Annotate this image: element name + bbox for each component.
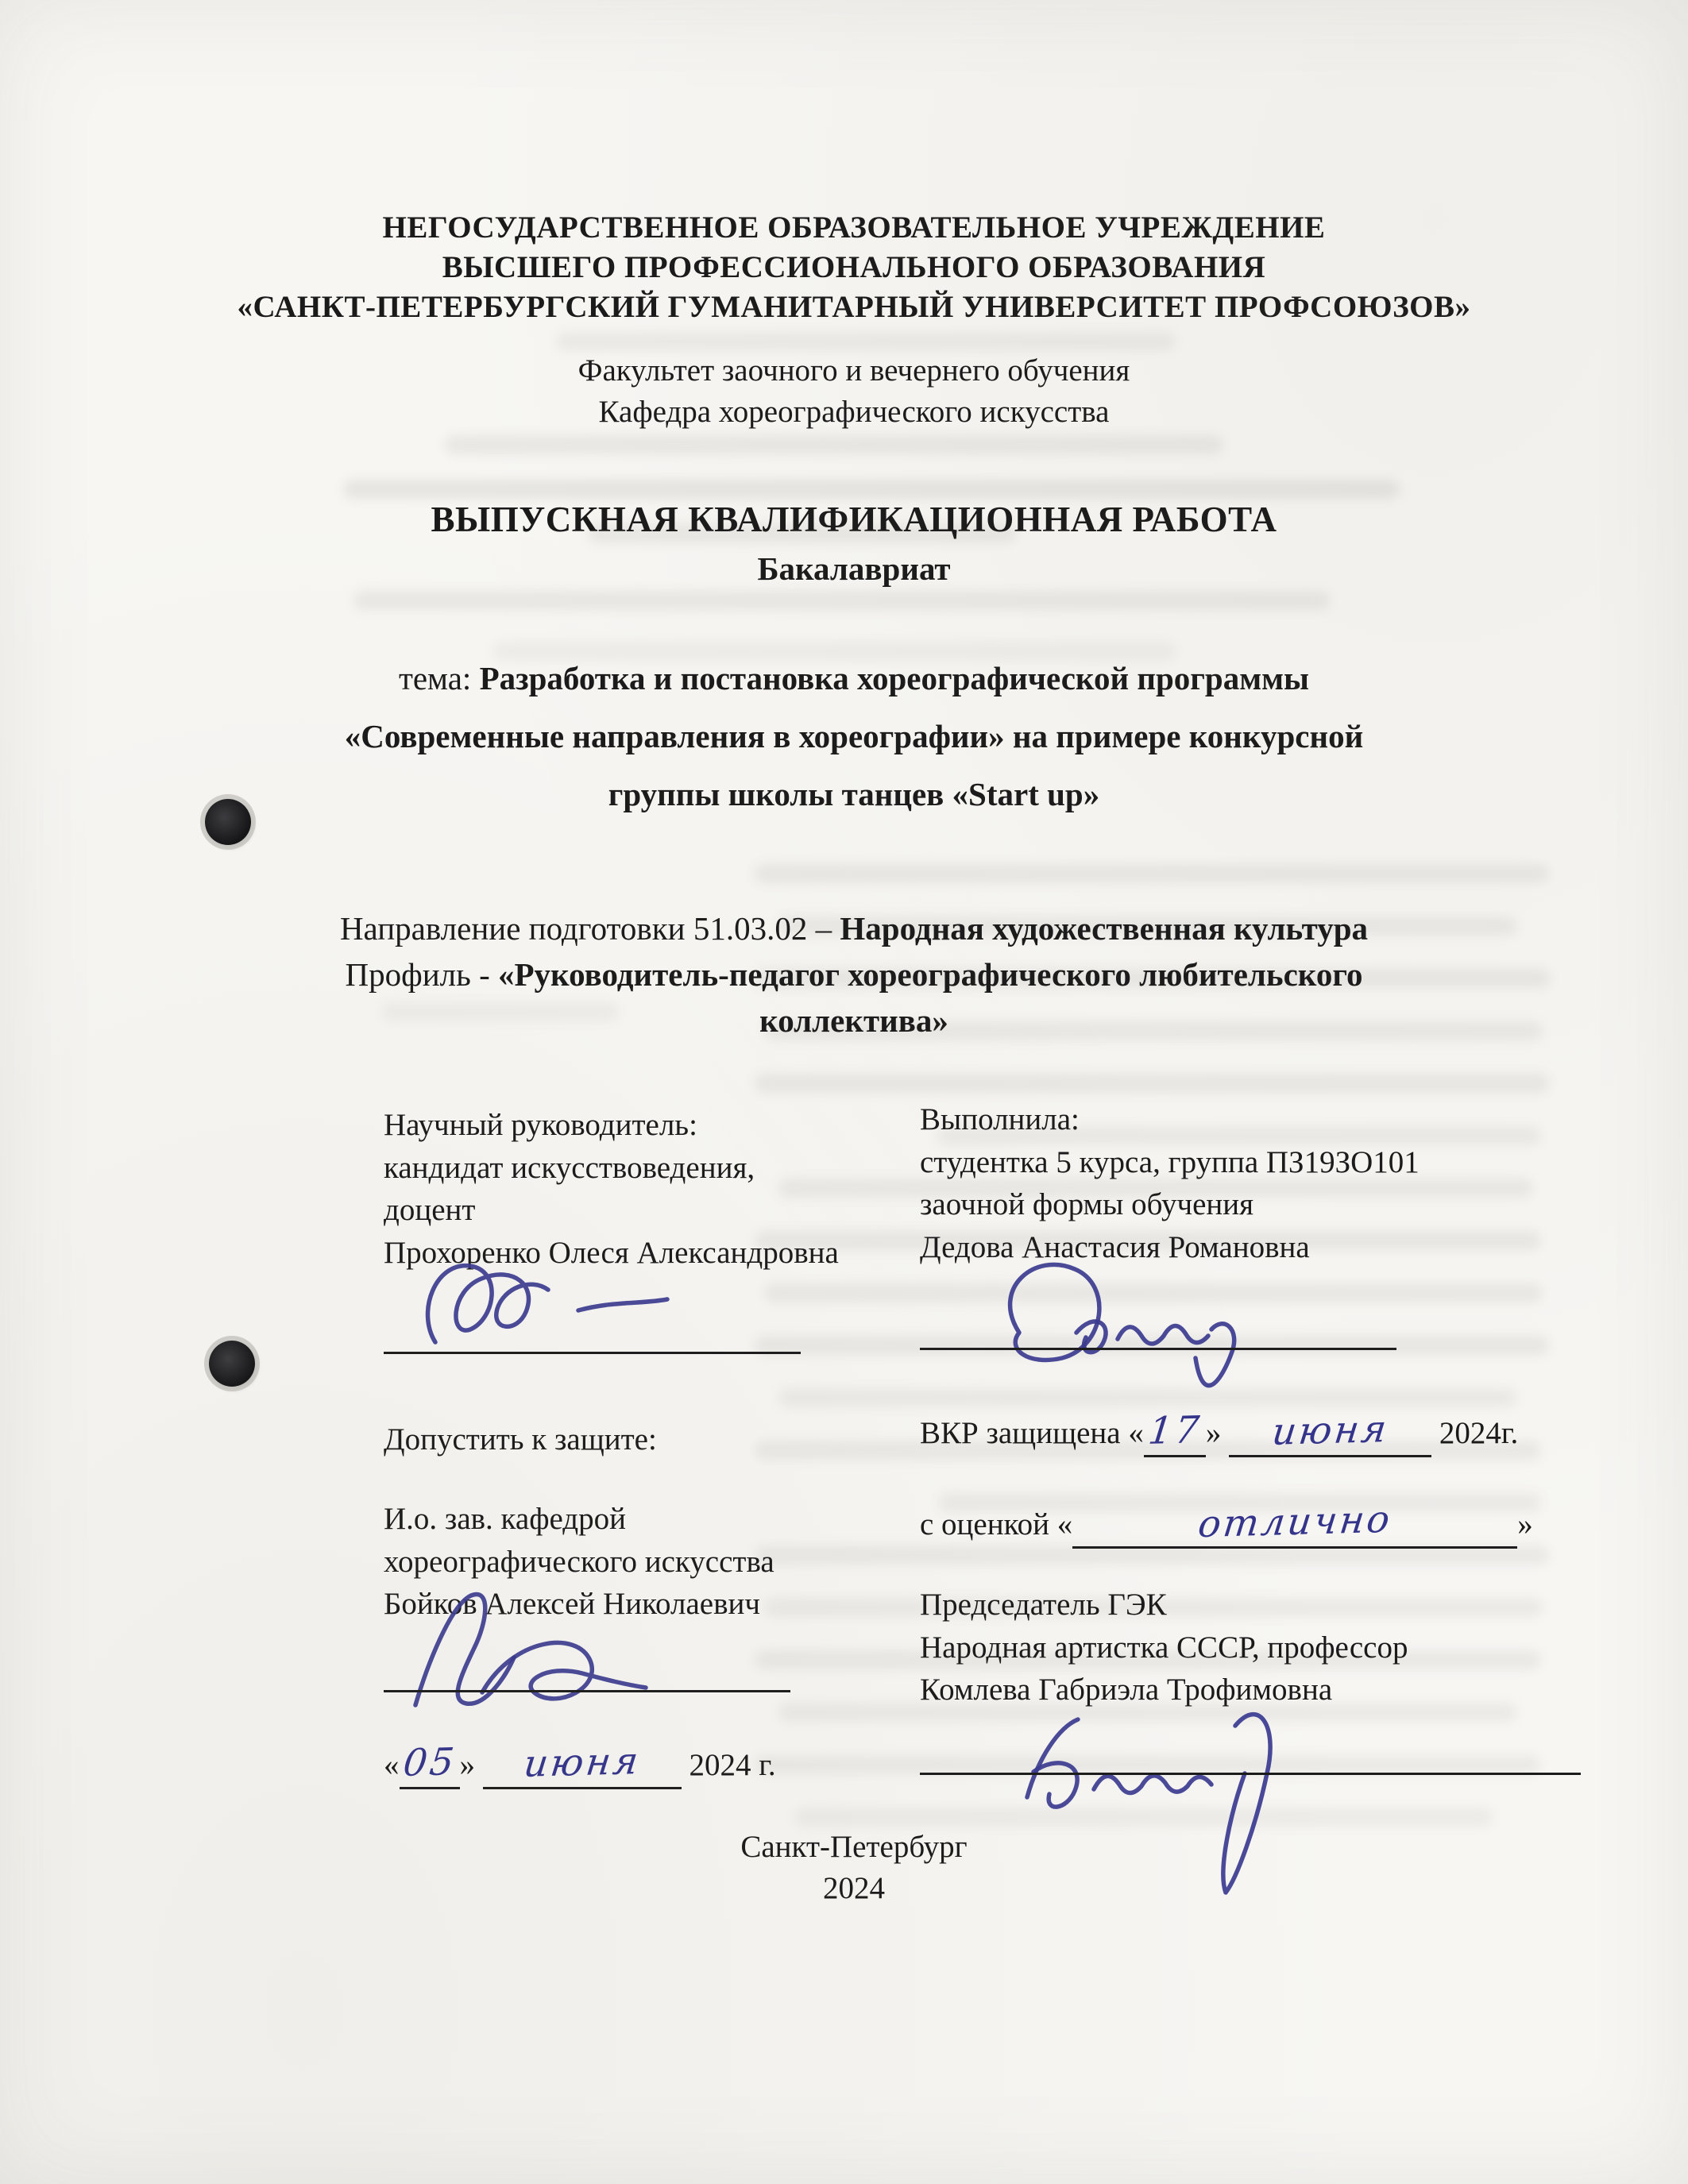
supervisor-heading: Научный руководитель: [384,1104,839,1147]
admission-year: 2024 г. [689,1748,776,1782]
university-header: НЕГОСУДАРСТВЕННОЕ ОБРАЗОВАТЕЛЬНОЕ УЧРЕЖД… [143,208,1565,327]
direction-line: Направление подготовки 51.03.02 – Народн… [143,905,1565,951]
admission-day-handwritten: 05 [401,1746,458,1780]
defense-year: 2024г. [1439,1416,1518,1450]
scanned-thesis-title-page: НЕГОСУДАРСТВЕННОЕ ОБРАЗОВАТЕЛЬНОЕ УЧРЕЖД… [0,0,1688,2184]
admission-day-field: 05 [400,1744,460,1789]
defense-day-handwritten: 17 [1147,1414,1203,1448]
punch-hole-bottom [209,1341,255,1387]
bleed-through-line [755,1074,1549,1093]
grade-handwritten: отлично [1196,1504,1393,1541]
theme-line-3: группы школы танцев «Start up» [143,766,1565,824]
profile-line-2: коллектива» [143,997,1565,1044]
student-info-2: заочной формы обучения [920,1183,1420,1226]
grade-line: с оценкой «отлично» [920,1503,1533,1549]
org-line-2: ВЫСШЕГО ПРОФЕССИОНАЛЬНОГО ОБРАЗОВАНИЯ [143,248,1565,287]
defense-mid: » [1206,1416,1222,1450]
bleed-through-line [755,864,1549,883]
supervisor-cred-1: кандидат искусствоведения, [384,1147,839,1190]
student-heading: Выполнила: [920,1098,1420,1141]
org-line-3: «САНКТ-ПЕТЕРБУРГСКИЙ ГУМАНИТАРНЫЙ УНИВЕР… [143,287,1565,327]
theme-line-1: тема: Разработка и постановка хореографи… [143,650,1565,708]
faculty-line: Факультет заочного и вечернего обучения [143,350,1565,392]
department-line: Кафедра хореографического искусства [143,392,1565,433]
student-info-1: студентка 5 курса, группа ПЗ19ЗО101 [920,1141,1420,1184]
chair-rank: Народная артистка СССР, профессор [920,1626,1408,1669]
defense-day-field: 17 [1144,1412,1206,1457]
grade-prefix: с оценкой « [920,1507,1072,1542]
defense-prefix: ВКР защищена « [920,1416,1144,1450]
admission-date-line: «05» июня 2024 г. [384,1744,776,1789]
profile-label: Профиль - [346,956,490,993]
bleed-through-line [755,1545,1549,1565]
department-head-signature [393,1584,759,1719]
theme-text-1: Разработка и постановка хореографической… [480,660,1310,696]
org-line-1: НЕГОСУДАРСТВЕННОЕ ОБРАЗОВАТЕЛЬНОЕ УЧРЕЖД… [143,208,1565,248]
supervisor-cred-2: доцент [384,1189,839,1232]
profile-line-1: Профиль - «Руководитель-педагог хореогра… [143,951,1565,997]
profile-value-2: коллектива» [759,1002,948,1039]
admission-heading: Допустить к защите: [384,1418,657,1461]
admission-quote-open: « [384,1748,400,1782]
defense-date-line: ВКР защищена «17» июня 2024г. [920,1412,1518,1457]
direction-profile-block: Направление подготовки 51.03.02 – Народн… [143,905,1565,1044]
theme-line-2: «Современные направления в хореографии» … [143,708,1565,766]
direction-value: Народная художественная культура [840,910,1368,947]
chair-title: Председатель ГЭК [920,1584,1408,1626]
theme-text-2: «Современные направления в хореографии» … [345,718,1363,754]
defense-month-field: июня [1229,1412,1431,1457]
defense-month-handwritten: июня [1270,1414,1390,1449]
bleed-through-line [343,480,1400,499]
grade-field: отлично [1072,1503,1517,1549]
bleed-through-line [556,332,1176,351]
bleed-through-line [445,435,1223,454]
gek-chair-signature-line [920,1773,1581,1775]
head-position-1: И.о. зав. кафедрой [384,1498,774,1541]
degree-line: Бакалавриат [143,550,1565,588]
footer-year: 2024 [143,1868,1565,1909]
department-head-signature-line [384,1690,790,1692]
student-signature [941,1239,1418,1422]
profile-value-1: «Руководитель-педагог хореографического … [498,956,1362,993]
work-type-title: ВЫПУСКНАЯ КВАЛИФИКАЦИОННАЯ РАБОТА [143,499,1565,540]
theme-block: тема: Разработка и постановка хореографи… [143,650,1565,824]
footer-block: Санкт-Петербург 2024 [143,1827,1565,1909]
student-signature-line [920,1348,1396,1350]
supervisor-signature [413,1245,794,1356]
admission-month-field: июня [483,1744,682,1789]
footer-city: Санкт-Петербург [143,1827,1565,1868]
direction-label: Направление подготовки 51.03.02 – [340,910,832,947]
bleed-through-line [353,591,1331,610]
head-position-2: хореографического искусства [384,1541,774,1584]
grade-suffix: » [1517,1507,1533,1542]
theme-label: тема: [399,660,471,696]
faculty-block: Факультет заочного и вечернего обучения … [143,350,1565,433]
admission-quote-close: » [460,1748,476,1782]
admission-month-handwritten: июня [522,1746,642,1781]
supervisor-signature-line [384,1352,801,1354]
theme-text-3: группы школы танцев «Start up» [608,776,1099,812]
